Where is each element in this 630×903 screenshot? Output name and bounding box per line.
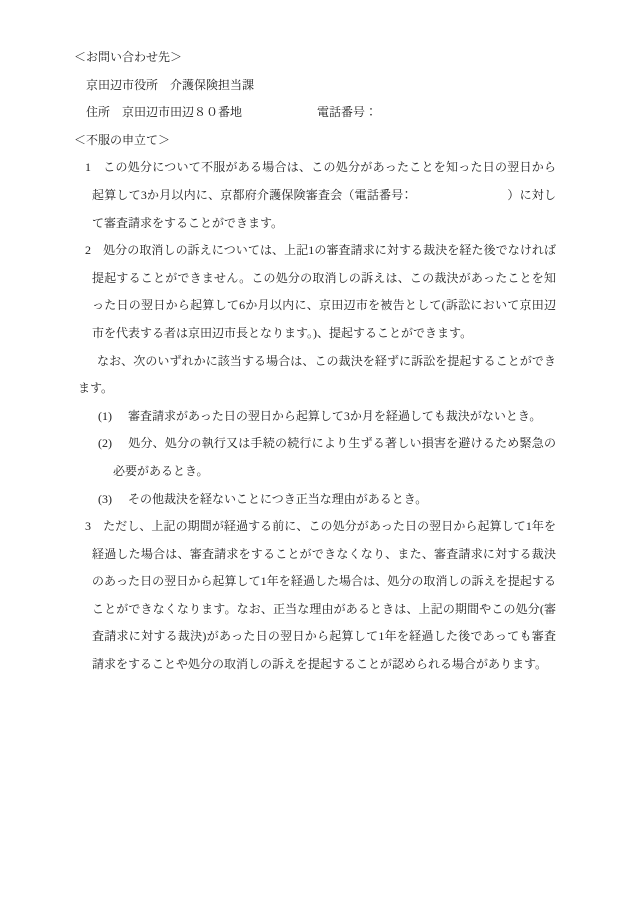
appeal-item-1: 1この処分について不服がある場合は、この処分があったことを知った日の翌日から起算… — [74, 154, 556, 237]
subitem-number: (3) — [98, 492, 112, 506]
appeal-item-2-note: なお、次のいずれかに該当する場合は、この裁決を経ずに訴訟を提起することができます… — [74, 348, 556, 403]
contact-heading: ＜お問い合わせ先＞ — [74, 44, 556, 72]
contact-phone-label: 電話番号： — [317, 105, 377, 119]
item-text: 処分の取消しの訴えについては、上記1の審査請求に対する裁決を経た後でなければ提起… — [92, 243, 556, 340]
document-page: ＜お問い合わせ先＞ 京田辺市役所 介護保険担当課 住所 京田辺市田辺８０番地電話… — [0, 0, 630, 903]
item-text: ただし、上記の期間が経過する前に、この処分があった日の翌日から起算して1年を経過… — [92, 519, 556, 671]
subitem-number: (2) — [98, 436, 112, 450]
item-text: この処分について不服がある場合は、この処分があったことを知った日の翌日から起算し… — [92, 160, 556, 229]
appeal-subitem-1: (1)審査請求があった日の翌日から起算して3か月を経過しても裁決がないとき。 — [74, 403, 556, 431]
item-number: 1 — [85, 160, 91, 174]
contact-section: ＜お問い合わせ先＞ 京田辺市役所 介護保険担当課 住所 京田辺市田辺８０番地電話… — [74, 44, 556, 127]
item-number: 3 — [85, 519, 91, 533]
contact-address-line: 住所 京田辺市田辺８０番地電話番号： — [86, 99, 556, 127]
appeal-section: ＜不服の申立て＞ 1この処分について不服がある場合は、この処分があったことを知っ… — [74, 127, 556, 679]
contact-office-line: 京田辺市役所 介護保険担当課 — [86, 72, 556, 100]
subitem-text: その他裁決を経ないことにつき正当な理由があるとき。 — [128, 492, 427, 506]
subitem-text: 審査請求があった日の翌日から起算して3か月を経過しても裁決がないとき。 — [128, 409, 541, 423]
contact-address: 住所 京田辺市田辺８０番地 — [86, 99, 317, 127]
appeal-subitem-3: (3)その他裁決を経ないことにつき正当な理由があるとき。 — [74, 486, 556, 514]
appeal-subitem-2: (2)処分、処分の執行又は手続の続行により生ずる著しい損害を避けるため緊急の必要… — [74, 430, 556, 485]
appeal-item-3: 3ただし、上記の期間が経過する前に、この処分があった日の翌日から起算して1年を経… — [74, 513, 556, 679]
subitem-number: (1) — [98, 409, 112, 423]
appeal-item-2: 2処分の取消しの訴えについては、上記1の審査請求に対する裁決を経た後でなければ提… — [74, 237, 556, 347]
item-number: 2 — [85, 243, 91, 257]
appeal-heading: ＜不服の申立て＞ — [74, 127, 556, 155]
subitem-text: 処分、処分の執行又は手続の続行により生ずる著しい損害を避けるため緊急の必要がある… — [113, 436, 556, 478]
